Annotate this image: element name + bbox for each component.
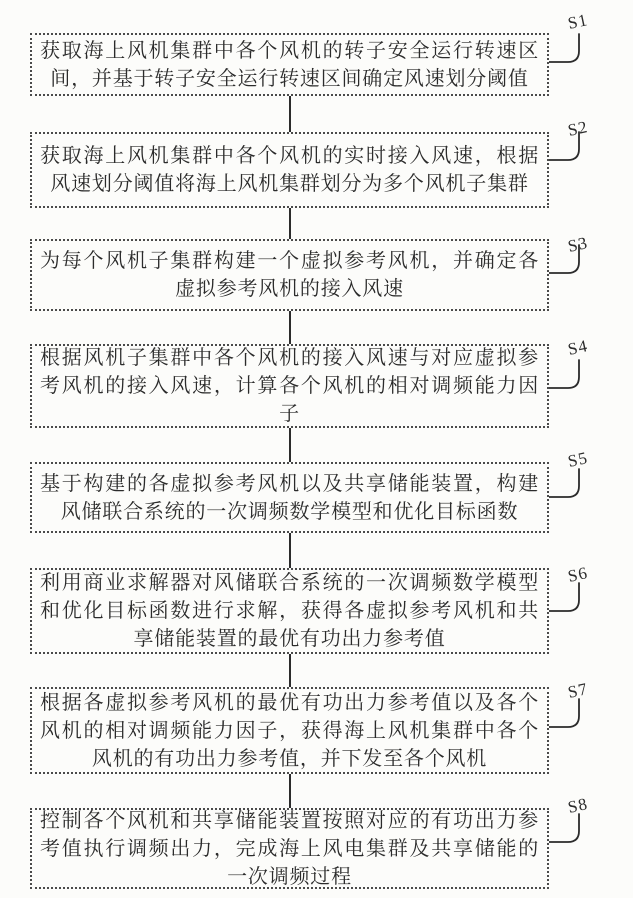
leader-curve-s4 (549, 357, 585, 391)
step-box-s8: 控制各个风机和共享储能装置按照对应的有功出力参考值执行调频出力，完成海上风电集群… (30, 808, 549, 889)
step-box-s4: 根据风机子集群中各个风机的接入风速与对应虚拟参考风机的接入风速，计算各个风机的相… (30, 344, 549, 428)
step-box-s5: 基于构建的各虚拟参考风机以及共享储能装置，构建风储联合系统的一次调频数学模型和优… (30, 462, 549, 533)
step-box-s2: 获取海上风机集群中各个风机的实时接入风速，根据风速划分阈值将海上风机集群划分为多… (30, 132, 549, 208)
flow-connector-7-8 (289, 774, 291, 808)
step-box-s3: 为每个风机子集群构建一个虚拟参考风机，并确定各虚拟参考风机的接入风速 (30, 239, 549, 311)
step-box-s1: 获取海上风机集群中各个风机的转子安全运行转速区间，并基于转子安全运行转速区间确定… (30, 33, 549, 96)
leader-curve-s5 (549, 466, 585, 500)
step-text-s2: 获取海上风机集群中各个风机的实时接入风速，根据风速划分阈值将海上风机集群划分为多… (32, 141, 547, 199)
flow-connector-3-4 (289, 311, 291, 344)
leader-curve-s1 (549, 31, 585, 65)
step-text-s8: 控制各个风机和共享储能装置按照对应的有功出力参考值执行调频出力，完成海上风电集群… (32, 806, 547, 892)
leader-curve-s7 (549, 696, 585, 730)
flowchart-page: 获取海上风机集群中各个风机的转子安全运行转速区间，并基于转子安全运行转速区间确定… (0, 0, 633, 898)
step-box-s7: 根据各虚拟参考风机的最优有功出力参考值以及各个风机的相对调频能力因子，获得海上风… (30, 687, 549, 774)
flow-connector-2-3 (289, 208, 291, 239)
leader-curve-s8 (549, 811, 585, 845)
step-text-s7: 根据各虚拟参考风机的最优有功出力参考值以及各个风机的相对调频能力因子，获得海上风… (32, 688, 547, 774)
step-text-s6: 利用商业求解器对风储联合系统的一次调频数学模型和优化目标函数进行求解，获得各虚拟… (32, 568, 547, 654)
leader-curve-s3 (549, 242, 585, 276)
step-text-s4: 根据风机子集群中各个风机的接入风速与对应虚拟参考风机的接入风速，计算各个风机的相… (32, 343, 547, 429)
step-text-s1: 获取海上风机集群中各个风机的转子安全运行转速区间，并基于转子安全运行转速区间确定… (32, 36, 547, 94)
flow-connector-5-6 (289, 533, 291, 568)
step-text-s3: 为每个风机子集群构建一个虚拟参考风机，并确定各虚拟参考风机的接入风速 (32, 246, 547, 304)
step-box-s6: 利用商业求解器对风储联合系统的一次调频数学模型和优化目标函数进行求解，获得各虚拟… (30, 568, 549, 654)
step-text-s5: 基于构建的各虚拟参考风机以及共享储能装置，构建风储联合系统的一次调频数学模型和优… (32, 469, 547, 527)
flow-connector-4-5 (289, 428, 291, 462)
leader-curve-s2 (549, 129, 585, 163)
flow-connector-6-7 (289, 654, 291, 687)
flow-connector-1-2 (289, 96, 291, 132)
leader-curve-s6 (549, 580, 585, 614)
